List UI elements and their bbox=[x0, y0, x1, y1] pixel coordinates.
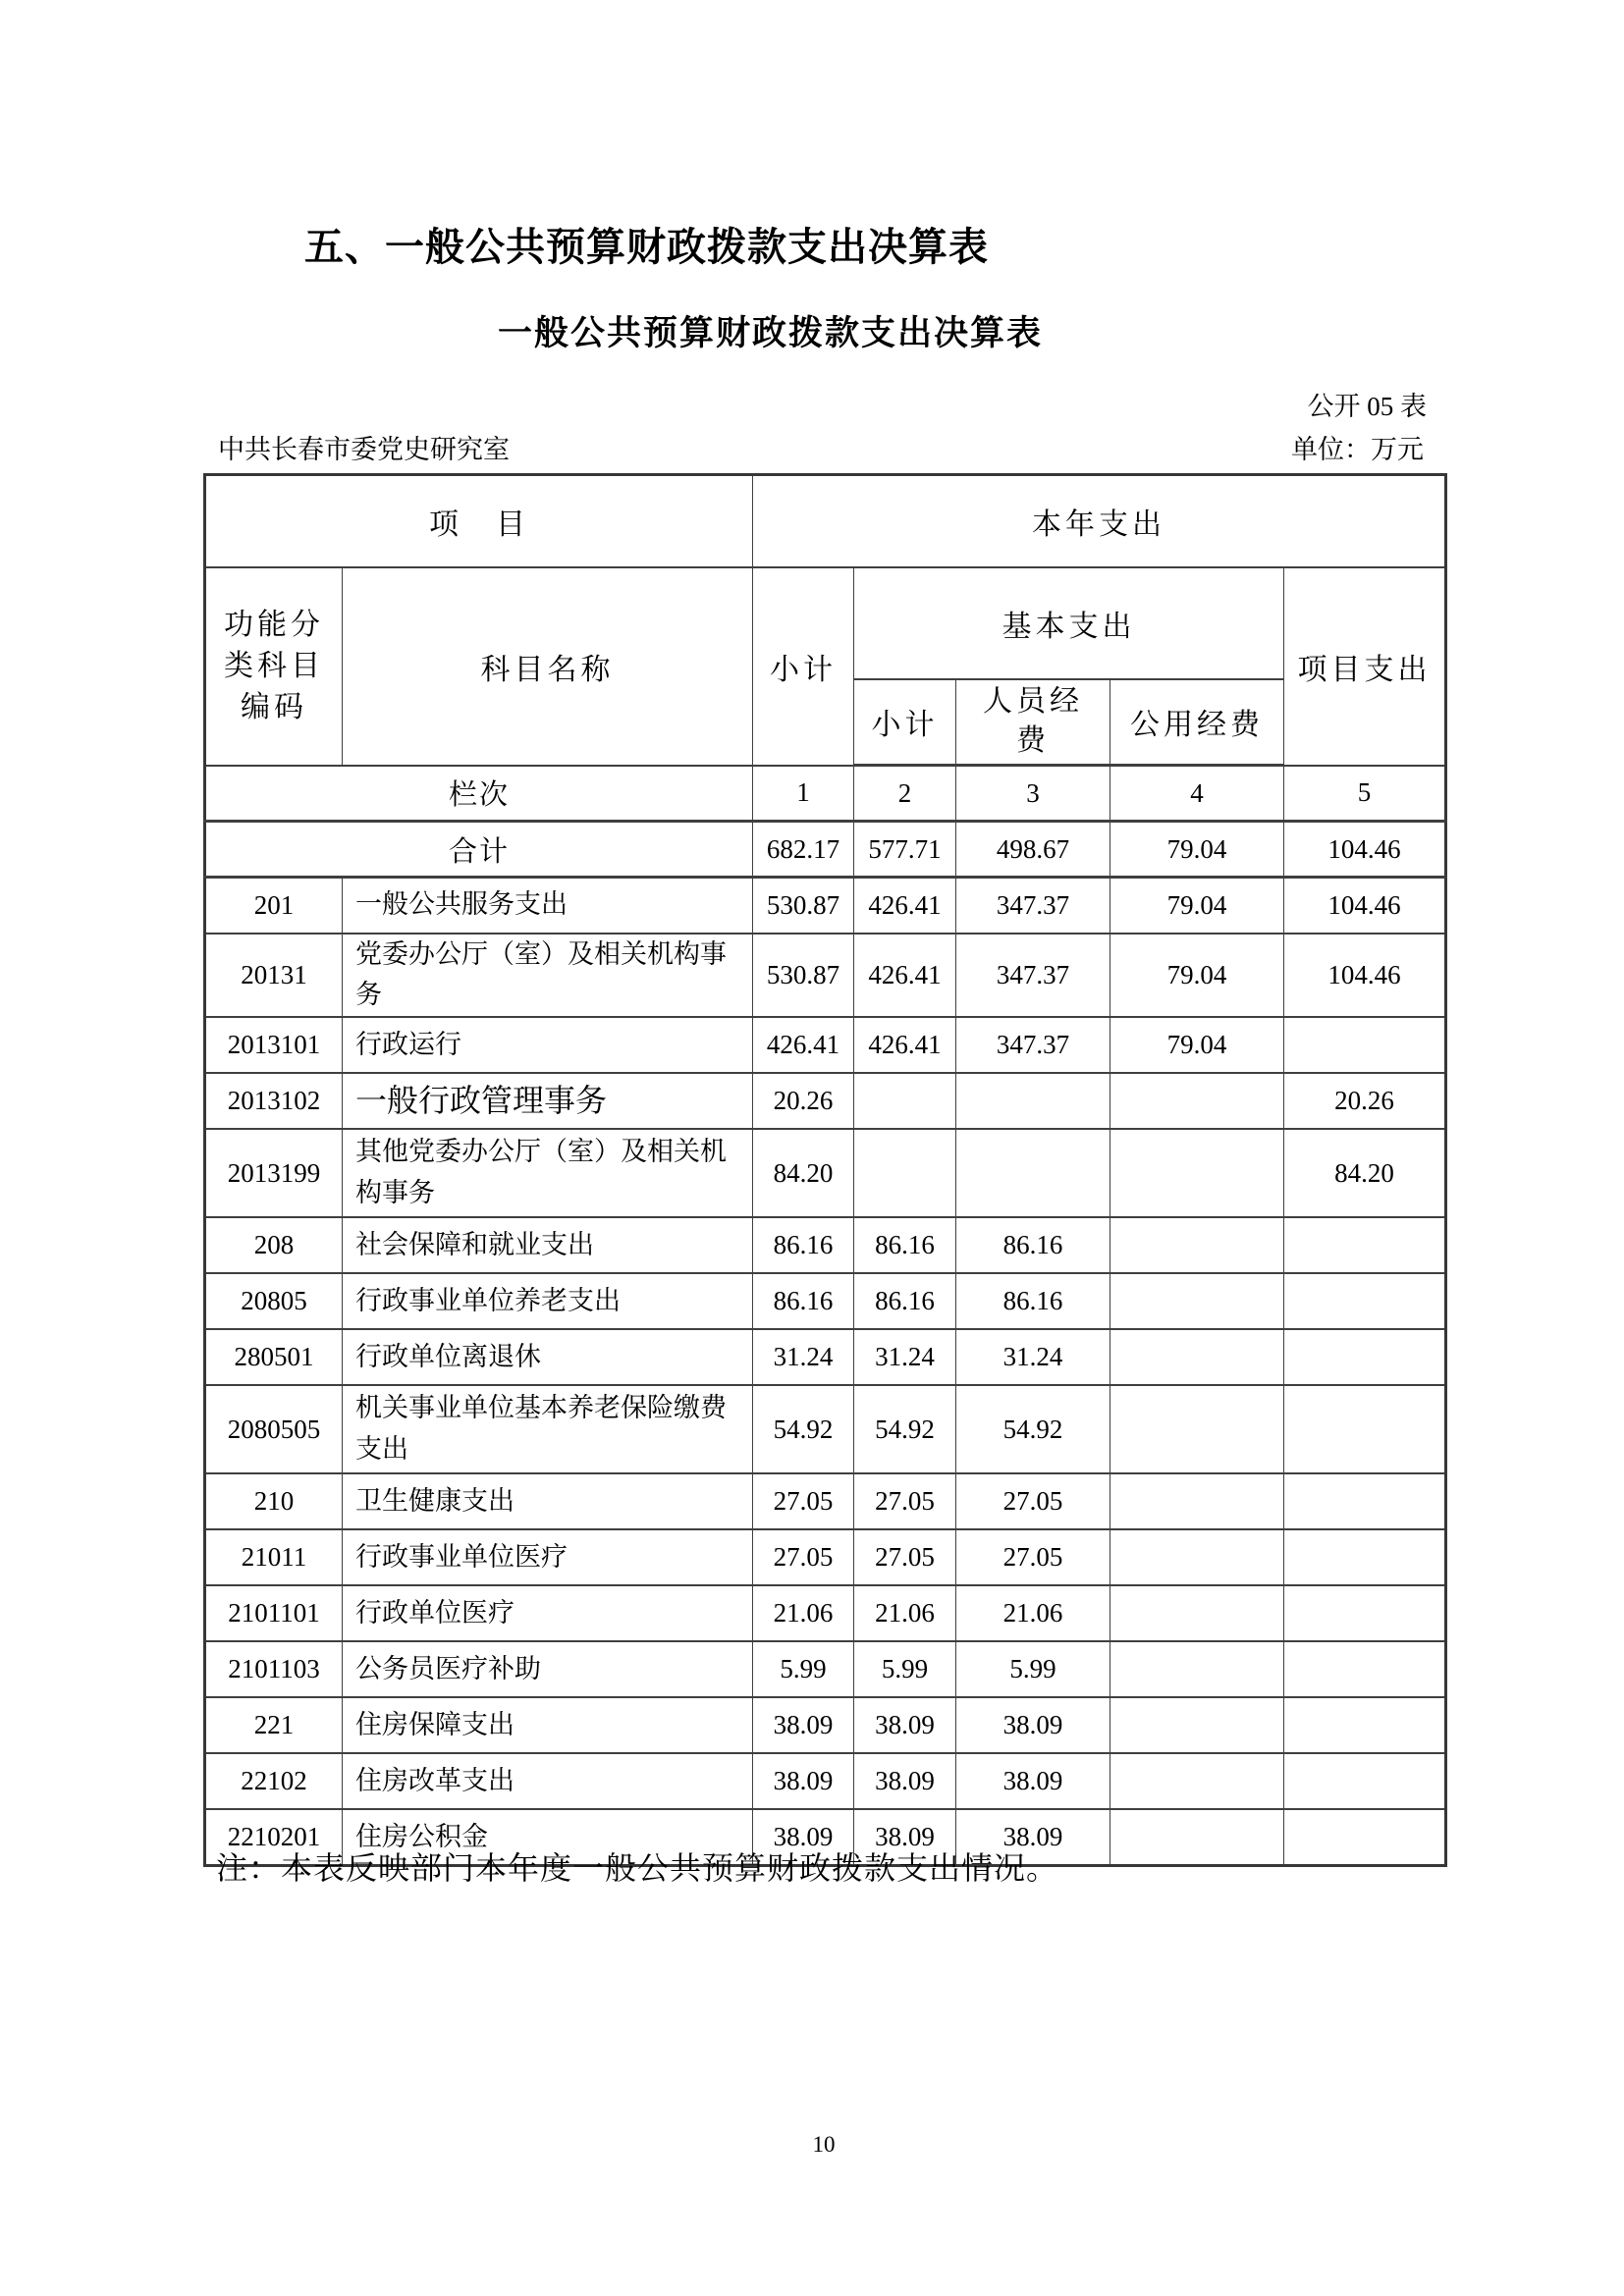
row-value: 54.92 bbox=[753, 1385, 854, 1473]
row-value bbox=[854, 1129, 956, 1217]
row-value bbox=[956, 1073, 1110, 1129]
row-value: 38.09 bbox=[753, 1697, 854, 1753]
header-row-columns: 功能分类科目编码 科目名称 小计 基本支出 项目支出 bbox=[205, 567, 1446, 679]
row-value: 86.16 bbox=[956, 1217, 1110, 1273]
table-row: 201 一般公共服务支出 530.87 426.41 347.37 79.04 … bbox=[205, 878, 1446, 934]
row-value bbox=[1110, 1809, 1284, 1865]
row-name: 行政运行 bbox=[343, 1017, 753, 1073]
row-value: 27.05 bbox=[753, 1529, 854, 1585]
row-value: 347.37 bbox=[956, 1017, 1110, 1073]
row-value bbox=[1110, 1073, 1284, 1129]
row-value: 38.09 bbox=[854, 1697, 956, 1753]
row-code: 2013101 bbox=[205, 1017, 343, 1073]
row-value: 20.26 bbox=[1284, 1073, 1446, 1129]
row-value: 20.26 bbox=[753, 1073, 854, 1129]
table-row: 2101103 公务员医疗补助 5.99 5.99 5.99 bbox=[205, 1641, 1446, 1697]
row-code: 2080505 bbox=[205, 1385, 343, 1473]
row-value: 347.37 bbox=[956, 878, 1110, 934]
row-name: 公务员医疗补助 bbox=[343, 1641, 753, 1697]
table-body: 201 一般公共服务支出 530.87 426.41 347.37 79.04 … bbox=[205, 878, 1446, 1866]
row-name: 行政事业单位养老支出 bbox=[343, 1273, 753, 1329]
row-code: 22102 bbox=[205, 1753, 343, 1809]
row-value: 86.16 bbox=[854, 1273, 956, 1329]
row-value: 38.09 bbox=[956, 1697, 1110, 1753]
row-code: 208 bbox=[205, 1217, 343, 1273]
row-value: 5.99 bbox=[753, 1641, 854, 1697]
row-value bbox=[1284, 1697, 1446, 1753]
row-value: 530.87 bbox=[753, 934, 854, 1018]
row-value: 31.24 bbox=[854, 1329, 956, 1385]
row-value: 5.99 bbox=[854, 1641, 956, 1697]
row-code: 21011 bbox=[205, 1529, 343, 1585]
row-value bbox=[1110, 1129, 1284, 1217]
row-value bbox=[1284, 1753, 1446, 1809]
header-year-expense-group: 本年支出 bbox=[753, 475, 1446, 567]
row-value: 104.46 bbox=[1284, 878, 1446, 934]
row-value: 21.06 bbox=[956, 1585, 1110, 1641]
row-value: 530.87 bbox=[753, 878, 854, 934]
row-name: 卫生健康支出 bbox=[343, 1473, 753, 1529]
row-name: 党委办公厅（室）及相关机构事务 bbox=[343, 934, 753, 1018]
document-page: 五、一般公共预算财政拨款支出决算表 一般公共预算财政拨款支出决算表 公开 05 … bbox=[0, 0, 1624, 2296]
rank-number: 3 bbox=[956, 766, 1110, 822]
row-code: 280501 bbox=[205, 1329, 343, 1385]
row-value bbox=[1110, 1697, 1284, 1753]
row-value: 21.06 bbox=[753, 1585, 854, 1641]
table-row: 280501 行政单位离退休 31.24 31.24 31.24 bbox=[205, 1329, 1446, 1385]
row-value: 86.16 bbox=[753, 1273, 854, 1329]
table-row: 2013101 行政运行 426.41 426.41 347.37 79.04 bbox=[205, 1017, 1446, 1073]
row-value: 27.05 bbox=[854, 1473, 956, 1529]
row-value: 104.46 bbox=[1284, 934, 1446, 1018]
row-value bbox=[854, 1073, 956, 1129]
row-value: 426.41 bbox=[854, 934, 956, 1018]
header-row-groups: 项 目 本年支出 bbox=[205, 475, 1446, 567]
total-value: 104.46 bbox=[1284, 822, 1446, 878]
budget-expenditure-table: 项 目 本年支出 功能分类科目编码 科目名称 小计 基本支出 项目支出 小计 人… bbox=[203, 473, 1447, 1867]
header-item-group: 项 目 bbox=[205, 475, 753, 567]
row-name: 社会保障和就业支出 bbox=[343, 1217, 753, 1273]
table-row: 20131 党委办公厅（室）及相关机构事务 530.87 426.41 347.… bbox=[205, 934, 1446, 1018]
row-value: 86.16 bbox=[956, 1273, 1110, 1329]
header-col-project: 项目支出 bbox=[1284, 567, 1446, 766]
row-value: 27.05 bbox=[956, 1473, 1110, 1529]
row-value: 27.05 bbox=[854, 1529, 956, 1585]
row-value: 426.41 bbox=[753, 1017, 854, 1073]
rank-number: 4 bbox=[1110, 766, 1284, 822]
row-name: 其他党委办公厅（室）及相关机构事务 bbox=[343, 1129, 753, 1217]
row-value bbox=[1110, 1217, 1284, 1273]
rank-number: 5 bbox=[1284, 766, 1446, 822]
row-code: 201 bbox=[205, 878, 343, 934]
row-value: 79.04 bbox=[1110, 934, 1284, 1018]
row-value: 86.16 bbox=[854, 1217, 956, 1273]
row-value: 79.04 bbox=[1110, 1017, 1284, 1073]
row-code: 2013102 bbox=[205, 1073, 343, 1129]
row-value bbox=[1284, 1385, 1446, 1473]
table-row: 2013102 一般行政管理事务 20.26 20.26 bbox=[205, 1073, 1446, 1129]
total-value: 577.71 bbox=[854, 822, 956, 878]
rank-number: 1 bbox=[753, 766, 854, 822]
row-value bbox=[1284, 1473, 1446, 1529]
row-name: 行政事业单位医疗 bbox=[343, 1529, 753, 1585]
header-col-subtotal: 小计 bbox=[753, 567, 854, 766]
total-value: 79.04 bbox=[1110, 822, 1284, 878]
row-value: 86.16 bbox=[753, 1217, 854, 1273]
total-label: 合计 bbox=[205, 822, 753, 878]
row-value bbox=[1110, 1385, 1284, 1473]
row-value bbox=[1284, 1641, 1446, 1697]
row-code: 2013199 bbox=[205, 1129, 343, 1217]
row-value: 84.20 bbox=[1284, 1129, 1446, 1217]
header-col-name: 科目名称 bbox=[343, 567, 753, 766]
unit-label: 单位：万元 bbox=[1291, 428, 1424, 466]
row-value: 54.92 bbox=[854, 1385, 956, 1473]
row-name: 住房保障支出 bbox=[343, 1697, 753, 1753]
rank-number: 2 bbox=[854, 766, 956, 822]
row-value bbox=[1284, 1809, 1446, 1865]
header-col-personnel: 人员经费 bbox=[956, 679, 1110, 766]
row-name: 住房改革支出 bbox=[343, 1753, 753, 1809]
row-value bbox=[1284, 1529, 1446, 1585]
row-value: 38.09 bbox=[956, 1753, 1110, 1809]
row-value bbox=[1110, 1753, 1284, 1809]
row-value bbox=[1110, 1273, 1284, 1329]
row-value: 84.20 bbox=[753, 1129, 854, 1217]
row-value: 21.06 bbox=[854, 1585, 956, 1641]
row-value bbox=[1110, 1641, 1284, 1697]
row-value: 38.09 bbox=[753, 1753, 854, 1809]
row-value: 31.24 bbox=[956, 1329, 1110, 1385]
row-value bbox=[1110, 1529, 1284, 1585]
form-code-label: 公开 05 表 bbox=[1308, 385, 1428, 423]
table-row: 2013199 其他党委办公厅（室）及相关机构事务 84.20 84.20 bbox=[205, 1129, 1446, 1217]
row-code: 2101103 bbox=[205, 1641, 343, 1697]
header-col-code: 功能分类科目编码 bbox=[205, 567, 343, 766]
total-row: 合计 682.17 577.71 498.67 79.04 104.46 bbox=[205, 822, 1446, 878]
total-value: 498.67 bbox=[956, 822, 1110, 878]
header-basic-expense-group: 基本支出 bbox=[854, 567, 1284, 679]
table-note: 注：本表反映部门本年度一般公共预算财政拨款支出情况。 bbox=[216, 1843, 1058, 1889]
table-row: 21011 行政事业单位医疗 27.05 27.05 27.05 bbox=[205, 1529, 1446, 1585]
row-value bbox=[956, 1129, 1110, 1217]
row-value: 38.09 bbox=[854, 1753, 956, 1809]
row-value: 27.05 bbox=[956, 1529, 1110, 1585]
table-row: 20805 行政事业单位养老支出 86.16 86.16 86.16 bbox=[205, 1273, 1446, 1329]
row-code: 2101101 bbox=[205, 1585, 343, 1641]
row-value bbox=[1284, 1217, 1446, 1273]
row-value bbox=[1110, 1329, 1284, 1385]
row-code: 20131 bbox=[205, 934, 343, 1018]
row-value bbox=[1284, 1273, 1446, 1329]
row-name: 行政单位医疗 bbox=[343, 1585, 753, 1641]
page-number: 10 bbox=[203, 2132, 1444, 2158]
row-name: 一般行政管理事务 bbox=[343, 1073, 753, 1129]
table-header: 项 目 本年支出 功能分类科目编码 科目名称 小计 基本支出 项目支出 小计 人… bbox=[205, 475, 1446, 878]
row-value: 79.04 bbox=[1110, 878, 1284, 934]
row-value: 31.24 bbox=[753, 1329, 854, 1385]
table-title: 一般公共预算财政拨款支出决算表 bbox=[498, 306, 1043, 355]
table-row: 22102 住房改革支出 38.09 38.09 38.09 bbox=[205, 1753, 1446, 1809]
row-code: 221 bbox=[205, 1697, 343, 1753]
table-row: 2080505 机关事业单位基本养老保险缴费支出 54.92 54.92 54.… bbox=[205, 1385, 1446, 1473]
row-value bbox=[1284, 1329, 1446, 1385]
table-row: 2101101 行政单位医疗 21.06 21.06 21.06 bbox=[205, 1585, 1446, 1641]
rank-label: 栏次 bbox=[205, 766, 753, 822]
row-value: 27.05 bbox=[753, 1473, 854, 1529]
row-name: 一般公共服务支出 bbox=[343, 878, 753, 934]
total-value: 682.17 bbox=[753, 822, 854, 878]
section-title: 五、一般公共预算财政拨款支出决算表 bbox=[304, 216, 989, 272]
row-value bbox=[1284, 1585, 1446, 1641]
row-value bbox=[1110, 1473, 1284, 1529]
row-name: 机关事业单位基本养老保险缴费支出 bbox=[343, 1385, 753, 1473]
row-value bbox=[1110, 1585, 1284, 1641]
table-row: 208 社会保障和就业支出 86.16 86.16 86.16 bbox=[205, 1217, 1446, 1273]
row-name: 行政单位离退休 bbox=[343, 1329, 753, 1385]
rank-row: 栏次 1 2 3 4 5 bbox=[205, 766, 1446, 822]
row-value: 426.41 bbox=[854, 878, 956, 934]
row-code: 20805 bbox=[205, 1273, 343, 1329]
header-col-basic-subtotal: 小计 bbox=[854, 679, 956, 766]
row-code: 210 bbox=[205, 1473, 343, 1529]
row-value: 347.37 bbox=[956, 934, 1110, 1018]
row-value bbox=[1284, 1017, 1446, 1073]
table-row: 221 住房保障支出 38.09 38.09 38.09 bbox=[205, 1697, 1446, 1753]
organization-name: 中共长春市委党史研究室 bbox=[218, 428, 510, 466]
row-value: 426.41 bbox=[854, 1017, 956, 1073]
table-row: 210 卫生健康支出 27.05 27.05 27.05 bbox=[205, 1473, 1446, 1529]
row-value: 54.92 bbox=[956, 1385, 1110, 1473]
row-value: 5.99 bbox=[956, 1641, 1110, 1697]
header-col-public: 公用经费 bbox=[1110, 679, 1284, 766]
